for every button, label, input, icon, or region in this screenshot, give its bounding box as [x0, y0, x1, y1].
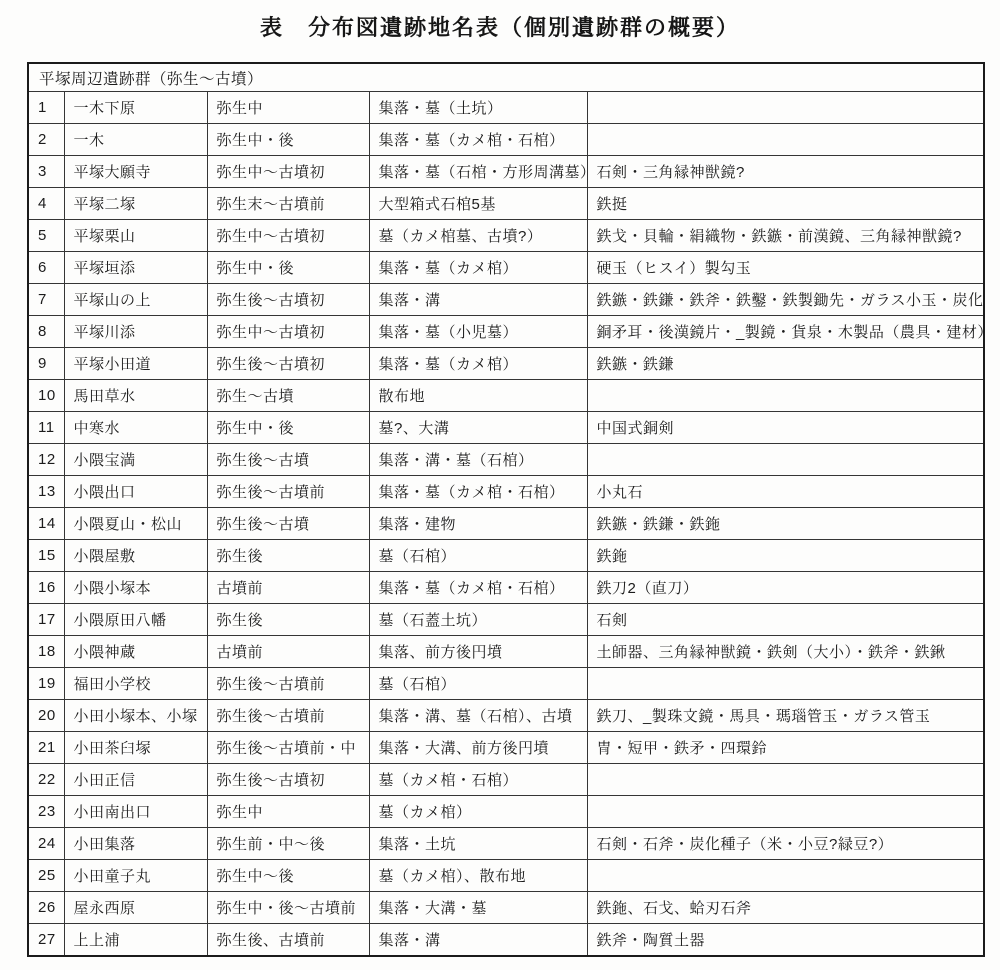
cell-name: 平塚栗山 [64, 220, 207, 252]
cell-artifacts [587, 380, 984, 412]
cell-artifacts: 鉄刀2（直刀） [587, 572, 984, 604]
cell-type: 墓?、大溝 [369, 412, 587, 444]
cell-period: 弥生中・後～古墳前 [207, 892, 369, 924]
cell-type: 集落・墓（カメ棺・石棺） [369, 572, 587, 604]
table-row: 13小隈出口弥生後～古墳前集落・墓（カメ棺・石棺）小丸石 [28, 476, 984, 508]
table-row: 20小田小塚本、小塚弥生後～古墳前集落・溝、墓（石棺）、古墳鉄刀、_製珠文鏡・馬… [28, 700, 984, 732]
cell-type: 集落・土坑 [369, 828, 587, 860]
site-name-table: 平塚周辺遺跡群（弥生～古墳） 1一木下原弥生中集落・墓（土坑）2一木弥生中・後集… [27, 62, 985, 957]
cell-artifacts: 石剣 [587, 604, 984, 636]
cell-period: 弥生中～後 [207, 860, 369, 892]
table-row: 11中寒水弥生中・後墓?、大溝中国式銅剣 [28, 412, 984, 444]
cell-name: 馬田草水 [64, 380, 207, 412]
cell-type: 墓（カメ棺・石棺） [369, 764, 587, 796]
cell-period: 弥生後、古墳前 [207, 924, 369, 957]
table-row: 5平塚栗山弥生中～古墳初墓（カメ棺墓、古墳?）鉄戈・貝輪・絹織物・鉄鏃・前漢鏡、… [28, 220, 984, 252]
cell-type: 集落・墓（小児墓） [369, 316, 587, 348]
table-row: 15小隈屋敷弥生後墓（石棺）鉄鉇 [28, 540, 984, 572]
cell-name: 平塚川添 [64, 316, 207, 348]
cell-artifacts: 鉄戈・貝輪・絹織物・鉄鏃・前漢鏡、三角縁神獣鏡? [587, 220, 984, 252]
cell-type: 集落・溝 [369, 924, 587, 957]
cell-period: 古墳前 [207, 572, 369, 604]
group-header: 平塚周辺遺跡群（弥生～古墳） [28, 63, 984, 92]
cell-period: 弥生後～古墳前 [207, 700, 369, 732]
cell-type: 集落・墓（石棺・方形周溝墓） [369, 156, 587, 188]
cell-name: 中寒水 [64, 412, 207, 444]
cell-name: 小隈夏山・松山 [64, 508, 207, 540]
cell-name: 小田茶臼塚 [64, 732, 207, 764]
cell-type: 集落・墓（カメ棺・石棺） [369, 476, 587, 508]
cell-name: 小田南出口 [64, 796, 207, 828]
cell-period: 古墳前 [207, 636, 369, 668]
cell-name: 小隈出口 [64, 476, 207, 508]
cell-period: 弥生中 [207, 796, 369, 828]
cell-no: 15 [28, 540, 64, 572]
cell-type: 集落・溝 [369, 284, 587, 316]
cell-no: 22 [28, 764, 64, 796]
cell-no: 21 [28, 732, 64, 764]
cell-no: 4 [28, 188, 64, 220]
cell-artifacts [587, 796, 984, 828]
cell-no: 11 [28, 412, 64, 444]
cell-artifacts: 鉄鏃・鉄鎌・鉄斧・鉄鑿・鉄製鋤先・ガラス小玉・炭化米 [587, 284, 984, 316]
cell-name: 小田正信 [64, 764, 207, 796]
cell-name: 平塚大願寺 [64, 156, 207, 188]
table-row: 27上上浦弥生後、古墳前集落・溝鉄斧・陶質土器 [28, 924, 984, 957]
cell-period: 弥生後～古墳前 [207, 476, 369, 508]
cell-name: 平塚山の上 [64, 284, 207, 316]
cell-period: 弥生中・後 [207, 252, 369, 284]
table-row: 2一木弥生中・後集落・墓（カメ棺・石棺） [28, 124, 984, 156]
cell-artifacts [587, 764, 984, 796]
cell-no: 17 [28, 604, 64, 636]
cell-type: 墓（カメ棺） [369, 796, 587, 828]
cell-name: 平塚小田道 [64, 348, 207, 380]
cell-name: 屋永西原 [64, 892, 207, 924]
cell-period: 弥生前・中～後 [207, 828, 369, 860]
table-row: 21小田茶臼塚弥生後～古墳前・中集落・大溝、前方後円墳冑・短甲・鉄矛・四環鈴 [28, 732, 984, 764]
cell-artifacts: 鉄鉇 [587, 540, 984, 572]
cell-no: 18 [28, 636, 64, 668]
cell-period: 弥生後 [207, 604, 369, 636]
cell-artifacts: 中国式銅剣 [587, 412, 984, 444]
cell-name: 一木 [64, 124, 207, 156]
table-row: 16小隈小塚本古墳前集落・墓（カメ棺・石棺）鉄刀2（直刀） [28, 572, 984, 604]
cell-type: 集落・墓（土坑） [369, 92, 587, 124]
cell-no: 5 [28, 220, 64, 252]
table-body: 1一木下原弥生中集落・墓（土坑）2一木弥生中・後集落・墓（カメ棺・石棺）3平塚大… [28, 92, 984, 957]
cell-name: 小隈小塚本 [64, 572, 207, 604]
cell-type: 集落・建物 [369, 508, 587, 540]
site-table-wrapper: 平塚周辺遺跡群（弥生～古墳） 1一木下原弥生中集落・墓（土坑）2一木弥生中・後集… [27, 62, 985, 957]
cell-artifacts: 鉄斧・陶質土器 [587, 924, 984, 957]
cell-artifacts: 鉄鉇、石戈、蛤刃石斧 [587, 892, 984, 924]
table-row: 23小田南出口弥生中墓（カメ棺） [28, 796, 984, 828]
cell-artifacts [587, 860, 984, 892]
cell-artifacts [587, 444, 984, 476]
cell-no: 8 [28, 316, 64, 348]
cell-name: 小隈屋敷 [64, 540, 207, 572]
cell-no: 26 [28, 892, 64, 924]
cell-type: 墓（カメ棺）、散布地 [369, 860, 587, 892]
cell-period: 弥生後～古墳前・中 [207, 732, 369, 764]
cell-period: 弥生後～古墳前 [207, 668, 369, 700]
cell-no: 9 [28, 348, 64, 380]
cell-period: 弥生中・後 [207, 412, 369, 444]
cell-period: 弥生中～古墳初 [207, 156, 369, 188]
cell-type: 集落・墓（カメ棺） [369, 252, 587, 284]
cell-artifacts [587, 124, 984, 156]
cell-artifacts: 鉄鏃・鉄鎌・鉄鉇 [587, 508, 984, 540]
table-row: 18小隈神蔵古墳前集落、前方後円墳土師器、三角縁神獣鏡・鉄剣（大小）・鉄斧・鉄鍬 [28, 636, 984, 668]
cell-artifacts: 土師器、三角縁神獣鏡・鉄剣（大小）・鉄斧・鉄鍬 [587, 636, 984, 668]
cell-no: 16 [28, 572, 64, 604]
cell-period: 弥生中～古墳初 [207, 316, 369, 348]
table-row: 26屋永西原弥生中・後～古墳前集落・大溝・墓鉄鉇、石戈、蛤刃石斧 [28, 892, 984, 924]
cell-type: 集落・溝・墓（石棺） [369, 444, 587, 476]
table-row: 10馬田草水弥生～古墳散布地 [28, 380, 984, 412]
cell-no: 23 [28, 796, 64, 828]
cell-type: 大型箱式石棺5基 [369, 188, 587, 220]
cell-name: 一木下原 [64, 92, 207, 124]
table-row: 平塚周辺遺跡群（弥生～古墳） [28, 63, 984, 92]
page-title: 表 分布図遺跡地名表（個別遺跡群の概要） [0, 0, 1000, 42]
cell-artifacts: 硬玉（ヒスイ）製勾玉 [587, 252, 984, 284]
table-row: 8平塚川添弥生中～古墳初集落・墓（小児墓）銅矛耳・後漢鏡片・_製鏡・貨泉・木製品… [28, 316, 984, 348]
cell-no: 10 [28, 380, 64, 412]
cell-no: 25 [28, 860, 64, 892]
cell-period: 弥生末～古墳前 [207, 188, 369, 220]
cell-no: 3 [28, 156, 64, 188]
cell-type: 集落・溝、墓（石棺）、古墳 [369, 700, 587, 732]
cell-artifacts: 鉄挺 [587, 188, 984, 220]
cell-no: 7 [28, 284, 64, 316]
cell-period: 弥生中～古墳初 [207, 220, 369, 252]
cell-artifacts: 石剣・三角縁神獣鏡? [587, 156, 984, 188]
cell-name: 小隈宝満 [64, 444, 207, 476]
cell-name: 上上浦 [64, 924, 207, 957]
cell-artifacts: 鉄鏃・鉄鎌 [587, 348, 984, 380]
cell-name: 小田集落 [64, 828, 207, 860]
cell-type: 墓（石蓋土坑） [369, 604, 587, 636]
cell-artifacts: 石剣・石斧・炭化種子（米・小豆?緑豆?） [587, 828, 984, 860]
cell-artifacts: 鉄刀、_製珠文鏡・馬具・瑪瑙管玉・ガラス管玉 [587, 700, 984, 732]
cell-no: 20 [28, 700, 64, 732]
cell-artifacts: 冑・短甲・鉄矛・四環鈴 [587, 732, 984, 764]
table-row: 6平塚垣添弥生中・後集落・墓（カメ棺）硬玉（ヒスイ）製勾玉 [28, 252, 984, 284]
table-row: 25小田童子丸弥生中～後墓（カメ棺）、散布地 [28, 860, 984, 892]
cell-artifacts: 銅矛耳・後漢鏡片・_製鏡・貨泉・木製品（農具・建材）・炭化米 [587, 316, 984, 348]
cell-type: 墓（カメ棺墓、古墳?） [369, 220, 587, 252]
cell-type: 散布地 [369, 380, 587, 412]
cell-period: 弥生中・後 [207, 124, 369, 156]
cell-type: 集落・大溝、前方後円墳 [369, 732, 587, 764]
table-row: 3平塚大願寺弥生中～古墳初集落・墓（石棺・方形周溝墓）石剣・三角縁神獣鏡? [28, 156, 984, 188]
cell-artifacts [587, 668, 984, 700]
cell-period: 弥生～古墳 [207, 380, 369, 412]
cell-no: 13 [28, 476, 64, 508]
cell-name: 平塚二塚 [64, 188, 207, 220]
cell-no: 6 [28, 252, 64, 284]
cell-no: 27 [28, 924, 64, 957]
cell-artifacts: 小丸石 [587, 476, 984, 508]
cell-name: 小隈神蔵 [64, 636, 207, 668]
cell-no: 14 [28, 508, 64, 540]
cell-period: 弥生後 [207, 540, 369, 572]
cell-name: 平塚垣添 [64, 252, 207, 284]
table-row: 24小田集落弥生前・中～後集落・土坑石剣・石斧・炭化種子（米・小豆?緑豆?） [28, 828, 984, 860]
cell-type: 墓（石棺） [369, 540, 587, 572]
cell-type: 墓（石棺） [369, 668, 587, 700]
cell-no: 19 [28, 668, 64, 700]
table-row: 9平塚小田道弥生後～古墳初集落・墓（カメ棺）鉄鏃・鉄鎌 [28, 348, 984, 380]
cell-type: 集落・大溝・墓 [369, 892, 587, 924]
cell-name: 小隈原田八幡 [64, 604, 207, 636]
table-row: 12小隈宝満弥生後～古墳集落・溝・墓（石棺） [28, 444, 984, 476]
cell-no: 24 [28, 828, 64, 860]
cell-artifacts [587, 92, 984, 124]
cell-name: 小田小塚本、小塚 [64, 700, 207, 732]
table-row: 17小隈原田八幡弥生後墓（石蓋土坑）石剣 [28, 604, 984, 636]
cell-period: 弥生後～古墳 [207, 444, 369, 476]
cell-type: 集落、前方後円墳 [369, 636, 587, 668]
cell-type: 集落・墓（カメ棺） [369, 348, 587, 380]
cell-name: 小田童子丸 [64, 860, 207, 892]
cell-name: 福田小学校 [64, 668, 207, 700]
table-row: 4平塚二塚弥生末～古墳前大型箱式石棺5基鉄挺 [28, 188, 984, 220]
cell-period: 弥生後～古墳初 [207, 284, 369, 316]
cell-period: 弥生後～古墳初 [207, 764, 369, 796]
cell-no: 2 [28, 124, 64, 156]
table-row: 19福田小学校弥生後～古墳前墓（石棺） [28, 668, 984, 700]
cell-no: 12 [28, 444, 64, 476]
cell-period: 弥生中 [207, 92, 369, 124]
cell-period: 弥生後～古墳 [207, 508, 369, 540]
cell-no: 1 [28, 92, 64, 124]
table-row: 1一木下原弥生中集落・墓（土坑） [28, 92, 984, 124]
table-row: 22小田正信弥生後～古墳初墓（カメ棺・石棺） [28, 764, 984, 796]
cell-type: 集落・墓（カメ棺・石棺） [369, 124, 587, 156]
cell-period: 弥生後～古墳初 [207, 348, 369, 380]
table-row: 7平塚山の上弥生後～古墳初集落・溝鉄鏃・鉄鎌・鉄斧・鉄鑿・鉄製鋤先・ガラス小玉・… [28, 284, 984, 316]
table-row: 14小隈夏山・松山弥生後～古墳集落・建物鉄鏃・鉄鎌・鉄鉇 [28, 508, 984, 540]
